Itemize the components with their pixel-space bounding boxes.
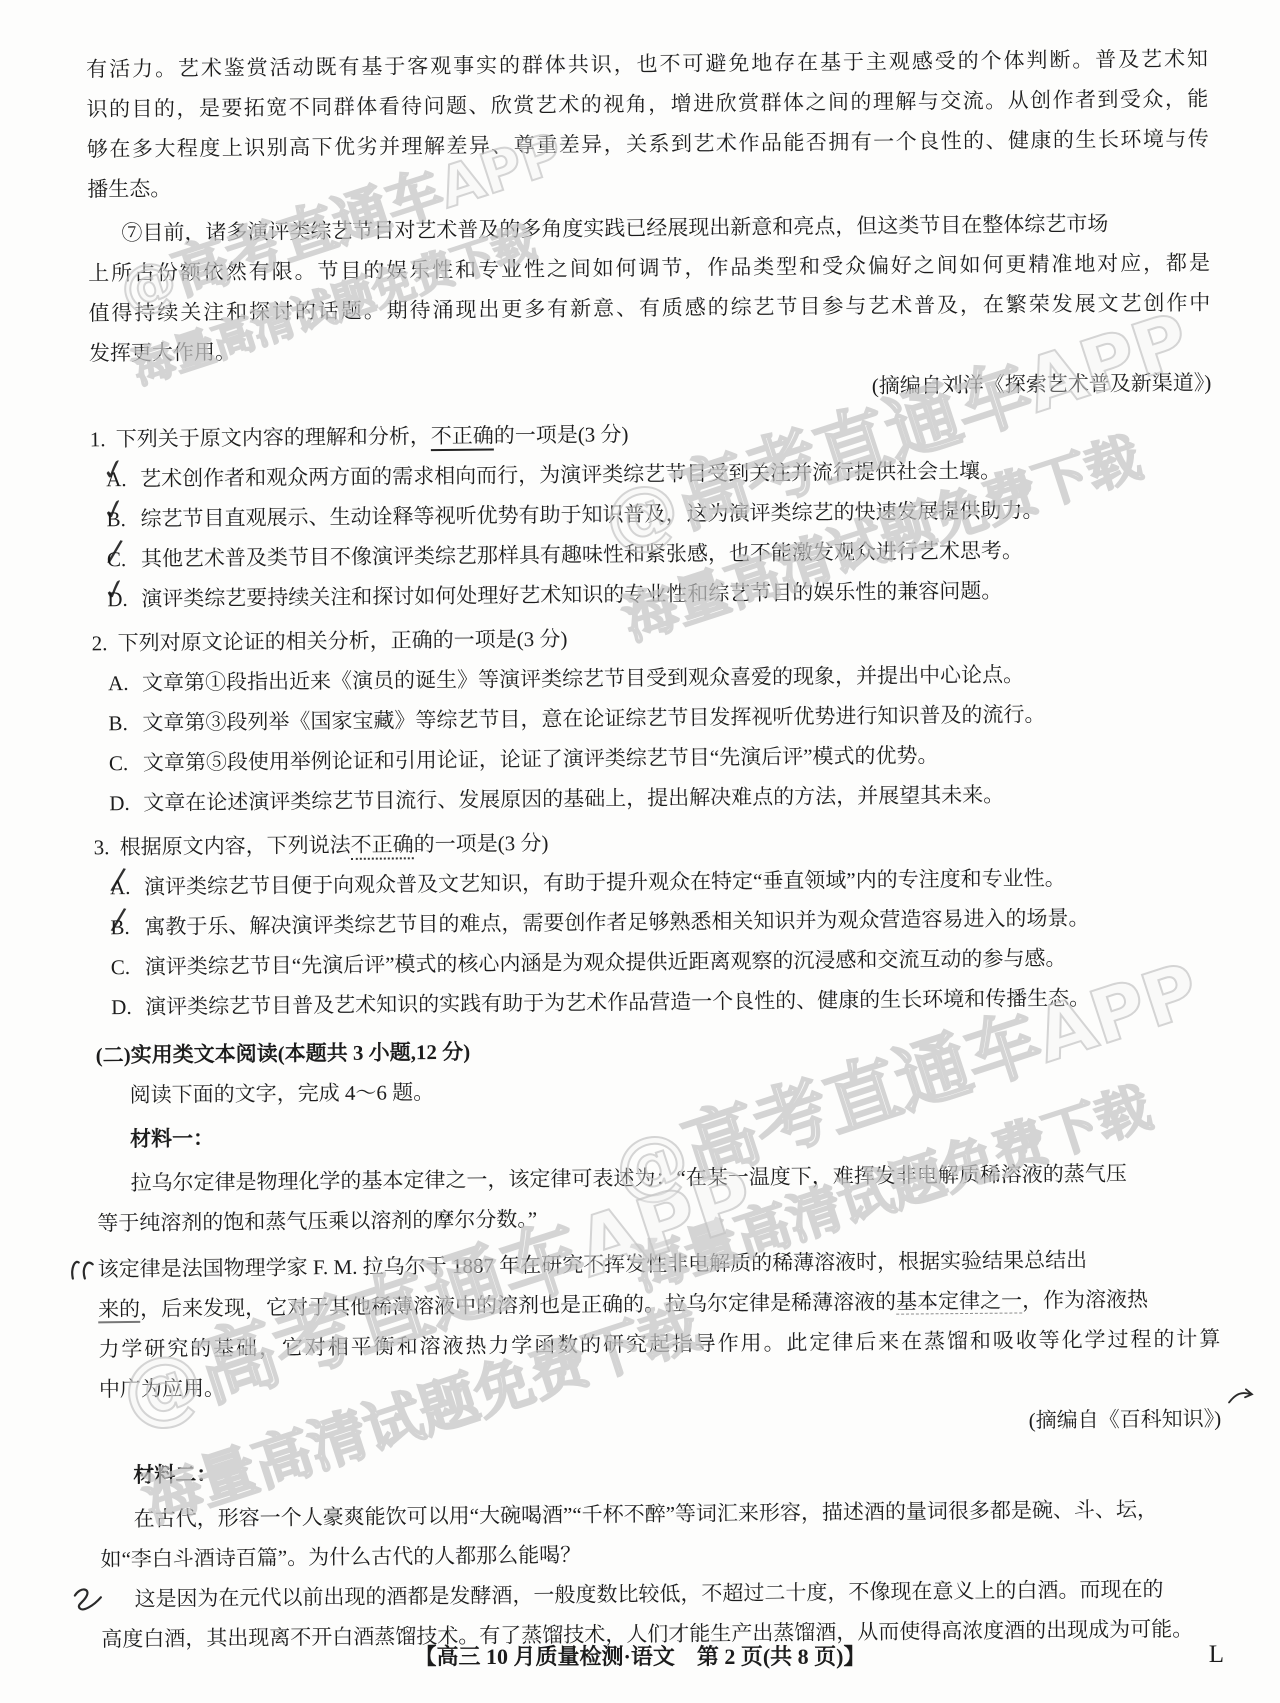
- option-label: B.: [106, 507, 125, 531]
- material-2-label: 材料二：: [100, 1445, 1222, 1496]
- option-text: 演评类综艺要持续关注和探讨如何处理好艺术知识的专业性和综艺节目的娱乐性的兼容问题…: [141, 579, 1002, 611]
- handwritten-margin-mark-icon: [71, 1585, 105, 1613]
- option-text: 其他艺术普及类节目不像演评类综艺那样具有趣味性和紧张感，也不能激发观众进行艺术思…: [141, 538, 1023, 570]
- option-text: 综艺节目直观展示、生动诠释等视听优势有助于知识普及，这为演评类综艺的快速发展提供…: [140, 498, 1043, 531]
- page-content: 有活力。艺术鉴赏活动既有基于客观事实的群体共识，也不可避免地存在基于主观感受的个…: [86, 39, 1223, 1660]
- option-label: D.: [111, 995, 132, 1019]
- material-1-label: 材料一：: [96, 1109, 1218, 1160]
- option-label: A.: [106, 467, 127, 491]
- option-label: C.: [107, 547, 126, 571]
- exam-paper-page: @高考直通车APP 海量高清试题免费下载 @高考直通车APP 海量高清试题免费下…: [0, 0, 1280, 1703]
- material-1-text: 该定律是法国物理学家 F. M. 拉乌尔于 1887 年在研究不挥发性非电解质的…: [98, 1248, 1088, 1281]
- option-text: 演评类综艺节目“先演后评”模式的核心内涵是为观众提供近距离观察的沉浸感和交流互动…: [145, 946, 1067, 979]
- option-label: C.: [109, 751, 128, 775]
- stem-text: 根据原文内容，下列说法: [120, 833, 351, 859]
- option-text: 寓教于乐、解决演评类综艺节目的难点，需要创作者足够熟悉相关知识并为观众营造容易进…: [144, 906, 1089, 939]
- option-label: D.: [107, 587, 128, 611]
- option-text: 文章第①段指出近来《演员的诞生》等演评类综艺节目受到观众喜爱的现象，并提出中心论…: [142, 662, 1024, 694]
- option-text: 文章在论述演评类综艺节目流行、发展原因的基础上，提出解决难点的方法，并展望其未来…: [143, 783, 1004, 815]
- underlined-text: 来的: [98, 1297, 140, 1323]
- stem-text: 的一项是(3 分): [494, 422, 629, 447]
- option-label: B.: [110, 915, 129, 939]
- question-number: 2.: [92, 623, 118, 663]
- handwritten-squiggle-icon: [1227, 1386, 1257, 1406]
- attribution-text: (摘编自《百科知识》): [1029, 1407, 1222, 1433]
- option-text: 文章第⑤段使用举例论证和引用论证，论证了演评类综艺节目“先演后评”模式的优势。: [143, 743, 939, 775]
- page-footer: 【高三 10 月质量检测·语文 第 2 页(共 8 页)】: [0, 1640, 1280, 1671]
- underlined-text: 基本定律之一: [896, 1288, 1022, 1314]
- material-1-text: ，后来发现，它对于其他稀薄溶液中的溶剂也是正确的。拉乌尔定律是稀薄溶液的: [140, 1290, 896, 1321]
- stem-text: 下列对原文论证的相关分析，正确的一项是(3 分): [118, 627, 568, 655]
- question-number: 1.: [90, 419, 116, 459]
- option-text: 演评类综艺节目普及艺术知识的实践有助于为艺术作品营造一个良性的、健康的生长环境和…: [145, 986, 1090, 1019]
- material-1-text: ，作为溶液热: [1022, 1287, 1148, 1312]
- stem-emphasis: 不正确: [431, 423, 494, 451]
- option-label: B.: [108, 711, 127, 735]
- page-corner-letter: L: [1209, 1641, 1224, 1669]
- material-2-text: 这是因为在元代以前出现的酒都是发酵酒，一般度数比较低，不超过二十度，不像现在意义…: [134, 1577, 1163, 1611]
- question-number: 3.: [93, 827, 119, 867]
- stem-emphasis: 不正确: [351, 832, 414, 860]
- handwritten-margin-mark-icon: [68, 1255, 98, 1283]
- option-label: D.: [109, 791, 130, 815]
- stem-text: 的一项是(3 分): [414, 831, 549, 856]
- option-text: 艺术创作者和观众两方面的需求相向而行，为演评类综艺节目受到关注并流行提供社会土壤…: [140, 459, 1001, 491]
- option-label: A.: [110, 875, 131, 899]
- option-label: A.: [108, 671, 129, 695]
- option-text: 演评类综艺节目便于向观众普及文艺知识，有助于提升观众在特定“垂直领域”内的专注度…: [144, 866, 1066, 899]
- option-text: 文章第③段列举《国家宝藏》等综艺节目，意在论证综艺节目发挥视听优势进行知识普及的…: [142, 702, 1045, 735]
- stem-text: 下列关于原文内容的理解和分析，: [116, 424, 431, 451]
- option-label: C.: [111, 955, 130, 979]
